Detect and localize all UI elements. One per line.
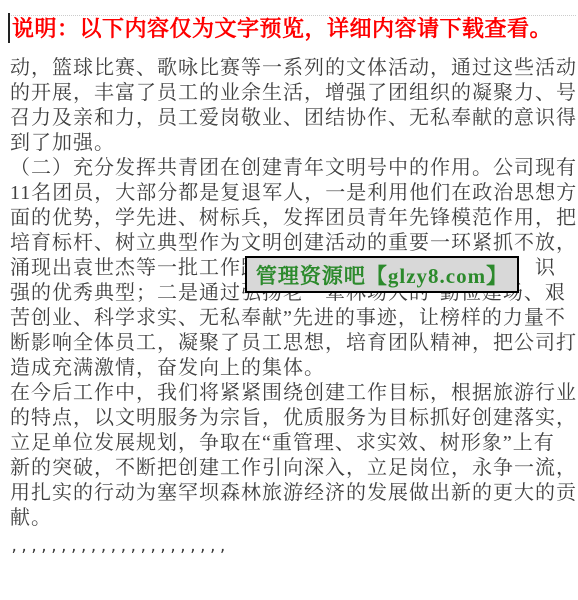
text-line: 的特点，以文明服务为宗旨，优质服务为目标抓好创建落实， xyxy=(10,406,556,431)
document-text: 动，篮球比赛、歌咏比赛等一系列的文体活动，通过这些活动 的开展，丰富了员工的业余… xyxy=(10,56,556,556)
text-line: 在今后工作中，我们将紧紧围绕创建工作目标，根据旅游行业 xyxy=(10,381,556,406)
text-line: 造成充满激情，奋发向上的集体。 xyxy=(10,356,556,381)
text-line: （二）充分发挥共青团在创建青年文明号中的作用。公司现有 xyxy=(10,156,556,181)
text-line: 立足单位发展规划，争取在“重管理、求实效、树形象”上有 xyxy=(10,431,556,456)
text-line: 献。 xyxy=(10,506,556,531)
obscured-line-right-fragment: 识 xyxy=(535,256,556,281)
text-line: 面的优势，学先进、树标兵，发挥团员青年先锋模范作用，把 xyxy=(10,206,556,231)
text-line: 的开展，丰富了员工的业余生活，增强了团组织的凝聚力、号 xyxy=(10,81,556,106)
text-line: 11名团员，大部分都是复退军人，一是利用他们在政治思想方 xyxy=(10,181,556,206)
obscured-line-left-fragment: 涌现出袁世杰等一批工作踏 xyxy=(10,257,262,279)
text-line: 用扎实的行动为塞罕坝森林旅游经济的发展做出新的更大的贡 xyxy=(10,481,556,506)
text-line: 苦创业、科学求实、无私奉献”先进的事迹，让榜样的力量不 xyxy=(10,306,556,331)
text-line: 召力及亲和力，员工爱岗敬业、团结协作、无私奉献的意识得 xyxy=(10,106,556,131)
preview-notice: 说明：以下内容仅为文字预览，详细内容请下载查看。 xyxy=(12,14,568,44)
watermark-label: 管理资源吧【glzy8.com】 xyxy=(256,260,508,290)
truncation-dots: ,,,,,,,,,,,,,,,,,,,,,, xyxy=(10,538,556,556)
text-line: 断影响全体员工，凝聚了员工思想，培育团队精神，把公司打 xyxy=(10,331,556,356)
text-line: 到了加强。 xyxy=(10,131,556,156)
watermark-badge: 管理资源吧【glzy8.com】 xyxy=(245,256,519,293)
text-line: 培育标杆、树立典型作为文明创建活动的重要一环紧抓不放， xyxy=(10,231,556,256)
text-line: 新的突破，不断把创建工作引向深入，立足岗位，永争一流， xyxy=(10,456,556,481)
text-line: 动，篮球比赛、歌咏比赛等一系列的文体活动，通过这些活动 xyxy=(10,56,556,81)
text-cursor xyxy=(8,13,10,43)
preview-page: { "colors": { "page_bg": "#ffffff", "not… xyxy=(0,0,578,600)
